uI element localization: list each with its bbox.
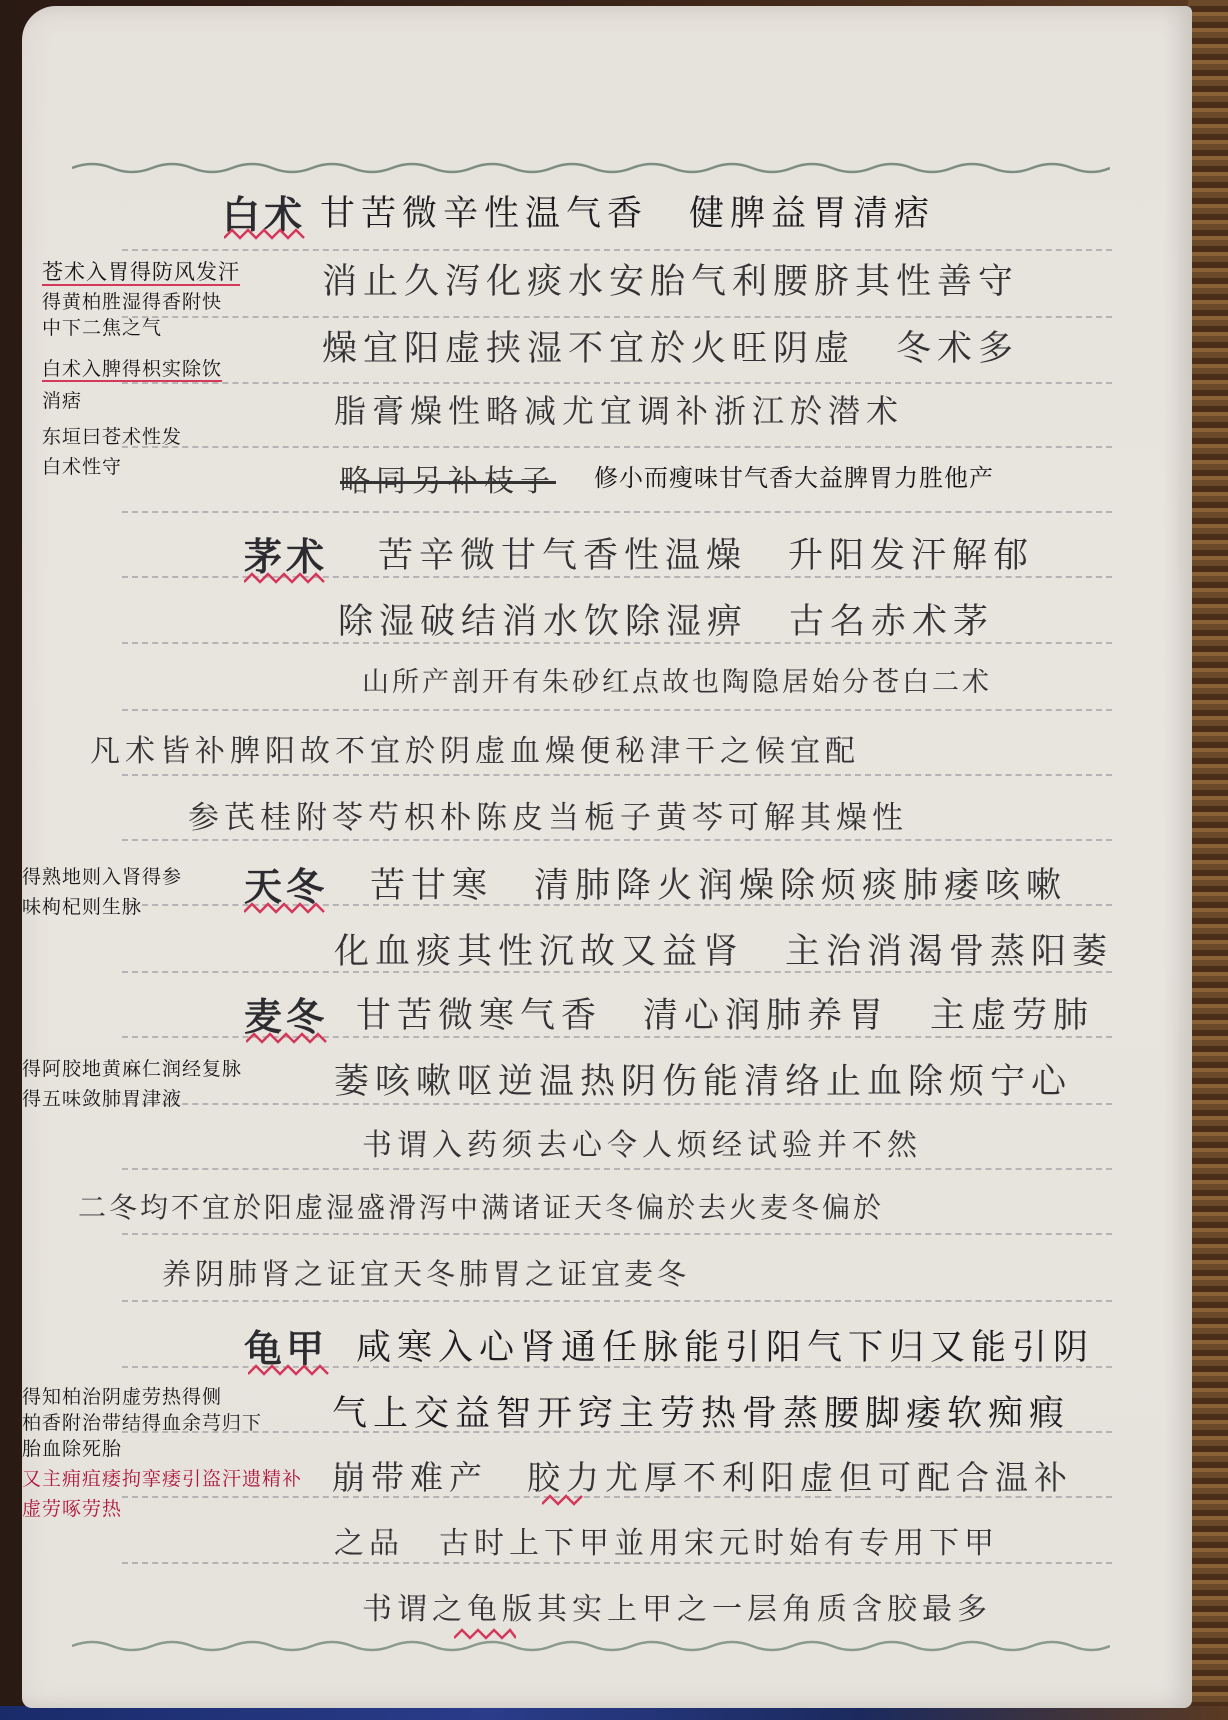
entry-line: 甘苦微辛性温气香 健脾益胃清痞 xyxy=(320,186,935,236)
ruled-line xyxy=(122,774,1112,776)
margin-note-red: 虚劳啄劳热 xyxy=(22,1494,122,1521)
ruled-line xyxy=(122,839,1112,841)
margin-note: 得五味敛肺胃津液 xyxy=(22,1084,182,1111)
ruled-line xyxy=(122,316,1112,318)
margin-note: 白术入脾得枳实除饮 xyxy=(42,354,222,381)
margin-note: 得知柏治阴虚劳热得侧 xyxy=(22,1382,222,1409)
struck-out-text: 略同另补枝子 xyxy=(340,456,556,500)
entry-line: 山所产剖开有朱砂红点故也陶隐居始分苍白二术 xyxy=(362,660,992,699)
entry-line: 脂膏燥性略减尤宜调补浙江於潜术 xyxy=(334,386,904,432)
entry-line: 崩带难产 胶力尤厚不利阳虚但可配合温补 xyxy=(332,1452,1073,1499)
entry-line: 咸寒入心肾通任脉能引阳气下归又能引阴 xyxy=(356,1320,1094,1370)
margin-note: 东垣曰苍术性发 xyxy=(42,422,182,449)
red-squiggle-mark xyxy=(246,1032,328,1046)
red-squiggle-mark xyxy=(244,572,326,586)
entry-line: 燥宜阳虚挟湿不宜於火旺阴虚 冬术多 xyxy=(322,321,1019,371)
entry-line: 除湿破结消水饮除湿痹 古名赤术茅 xyxy=(338,594,994,644)
entry-line: 甘苦微寒气香 清心润肺养胃 主虚劳肺 xyxy=(356,988,1094,1038)
general-note-line: 参芪桂附苓芍枳朴陈皮当栀子黄芩可解其燥性 xyxy=(188,792,908,837)
general-note-line: 养阴肺肾之证宜天冬肺胃之证宜麦冬 xyxy=(162,1252,690,1293)
entry-line: 书谓入药须去心令人烦经试验并不然 xyxy=(362,1120,922,1164)
margin-note: 苍术入胃得防风发汗 xyxy=(42,256,240,286)
fabric-edge-bottom xyxy=(0,1706,1228,1720)
ruled-line xyxy=(122,1233,1112,1235)
margin-note: 味枸杞则生脉 xyxy=(22,892,142,919)
entry-line: 苦甘寒 清肺降火润燥除烦痰肺痿咳嗽 xyxy=(370,858,1067,908)
ruled-line xyxy=(122,1168,1112,1170)
red-squiggle-mark xyxy=(248,1364,330,1378)
top-decorative-border xyxy=(72,158,1110,174)
ruled-line xyxy=(122,249,1112,251)
fabric-edge-right xyxy=(1188,0,1228,1720)
entry-line: 气上交益智开窍主劳热骨蒸腰脚痿软痴瘕 xyxy=(332,1386,1070,1436)
notebook-page: 白术 甘苦微辛性温气香 健脾益胃清痞 消止久泻化痰水安胎气利腰脐其性善守 燥宜阳… xyxy=(22,6,1192,1708)
ruled-line xyxy=(122,511,1112,513)
bottom-decorative-border xyxy=(72,1636,1110,1652)
margin-note: 得黄柏胜湿得香附快 xyxy=(42,287,222,314)
margin-note: 消痞 xyxy=(42,386,82,413)
entry-line-insert: 修小而瘦味甘气香大益脾胃力胜他产 xyxy=(594,458,994,493)
ruled-line xyxy=(122,382,1112,384)
ruled-line xyxy=(122,1562,1112,1564)
margin-note: 得阿胶地黄麻仁润经复脉 xyxy=(22,1054,242,1081)
entry-line: 消止久泻化痰水安胎气利腰脐其性善守 xyxy=(322,254,1019,304)
ruled-line xyxy=(122,709,1112,711)
entry-line: 萎咳嗽呕逆温热阴伤能清络止血除烦宁心 xyxy=(334,1054,1072,1104)
margin-note-red: 又主痈疽痿拘挛痿引盗汗遗精补 xyxy=(22,1464,302,1491)
margin-note: 白术性守 xyxy=(42,452,122,479)
entry-line: 苦辛微甘气香性温燥 升阳发汗解郁 xyxy=(378,528,1034,578)
red-squiggle-mark xyxy=(542,1494,586,1508)
entry-line: 书谓之龟版其实上甲之一层角质含胶最多 xyxy=(362,1584,992,1628)
general-note-line: 二冬均不宜於阳虚湿盛滑泻中满诸证天冬偏於去火麦冬偏於 xyxy=(78,1186,884,1226)
red-squiggle-mark xyxy=(224,228,306,242)
red-squiggle-mark xyxy=(454,1628,516,1642)
margin-note: 中下二焦之气 xyxy=(42,313,162,340)
general-note-line: 凡术皆补脾阳故不宜於阴虚血燥便秘津干之候宜配 xyxy=(90,726,860,770)
ruled-line xyxy=(122,446,1112,448)
entry-line: 化血痰其性沉故又益肾 主治消渴骨蒸阳萎 xyxy=(334,924,1113,974)
entry-line: 之品 古时上下甲並用宋元时始有专用下甲 xyxy=(334,1518,999,1562)
margin-note: 得熟地则入肾得参 xyxy=(22,862,182,889)
margin-note: 胎血除死胎 xyxy=(22,1434,122,1461)
red-squiggle-mark xyxy=(244,902,326,916)
ruled-line xyxy=(122,1300,1112,1302)
margin-note: 柏香附治带结得血余芎归下 xyxy=(22,1408,262,1435)
